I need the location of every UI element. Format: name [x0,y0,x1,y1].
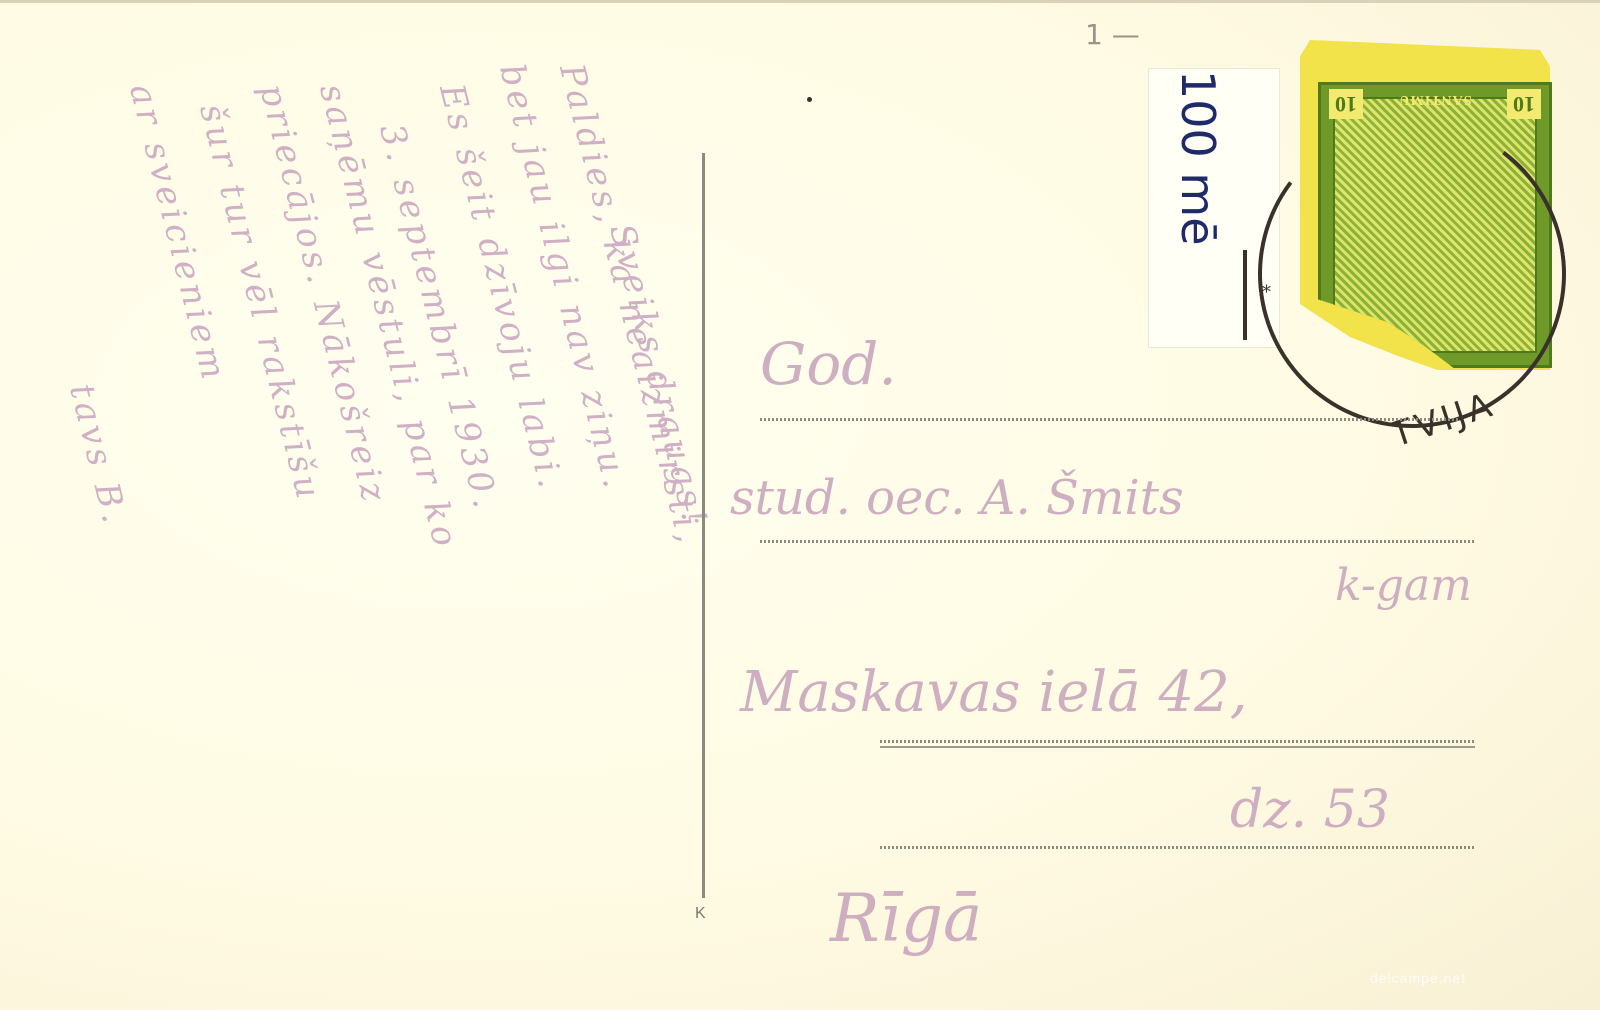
postmark-bar [1243,250,1247,340]
address-line-1 [760,418,1460,421]
message-line: tavs B. [61,380,135,531]
ink-note: 100 mē [1171,70,1225,246]
postmark-star-icon: * [1262,282,1271,303]
pencil-mark: 1 — [1085,18,1140,51]
stamp-denomination: 10 [1507,89,1541,119]
address-recipient-suffix: k-gam [1335,560,1472,611]
handwritten-message: Sveiks draugs! Paldies, ka neaizmirsti, … [40,20,680,1000]
watermark: delcampe.net [1370,970,1466,986]
address-line-4 [880,846,1475,849]
address-street: Maskavas ielā 42, [740,660,1248,725]
address-apartment: dz. 53 [1230,780,1390,840]
address-line-2 [760,540,1475,543]
address-city: Rīgā [830,880,982,957]
center-divider-line [702,153,705,898]
address-recipient: stud. oec. A. Šmits [730,470,1184,526]
stamp-denomination: 10 [1329,89,1363,119]
printer-mark: K [695,905,706,923]
address-line-3 [880,740,1475,743]
postcard-back: Sveiks draugs! Paldies, ka neaizmirsti, … [0,0,1600,1010]
card-edge [0,0,1600,3]
ink-dot [807,97,812,102]
address-salutation: God. [760,330,897,398]
